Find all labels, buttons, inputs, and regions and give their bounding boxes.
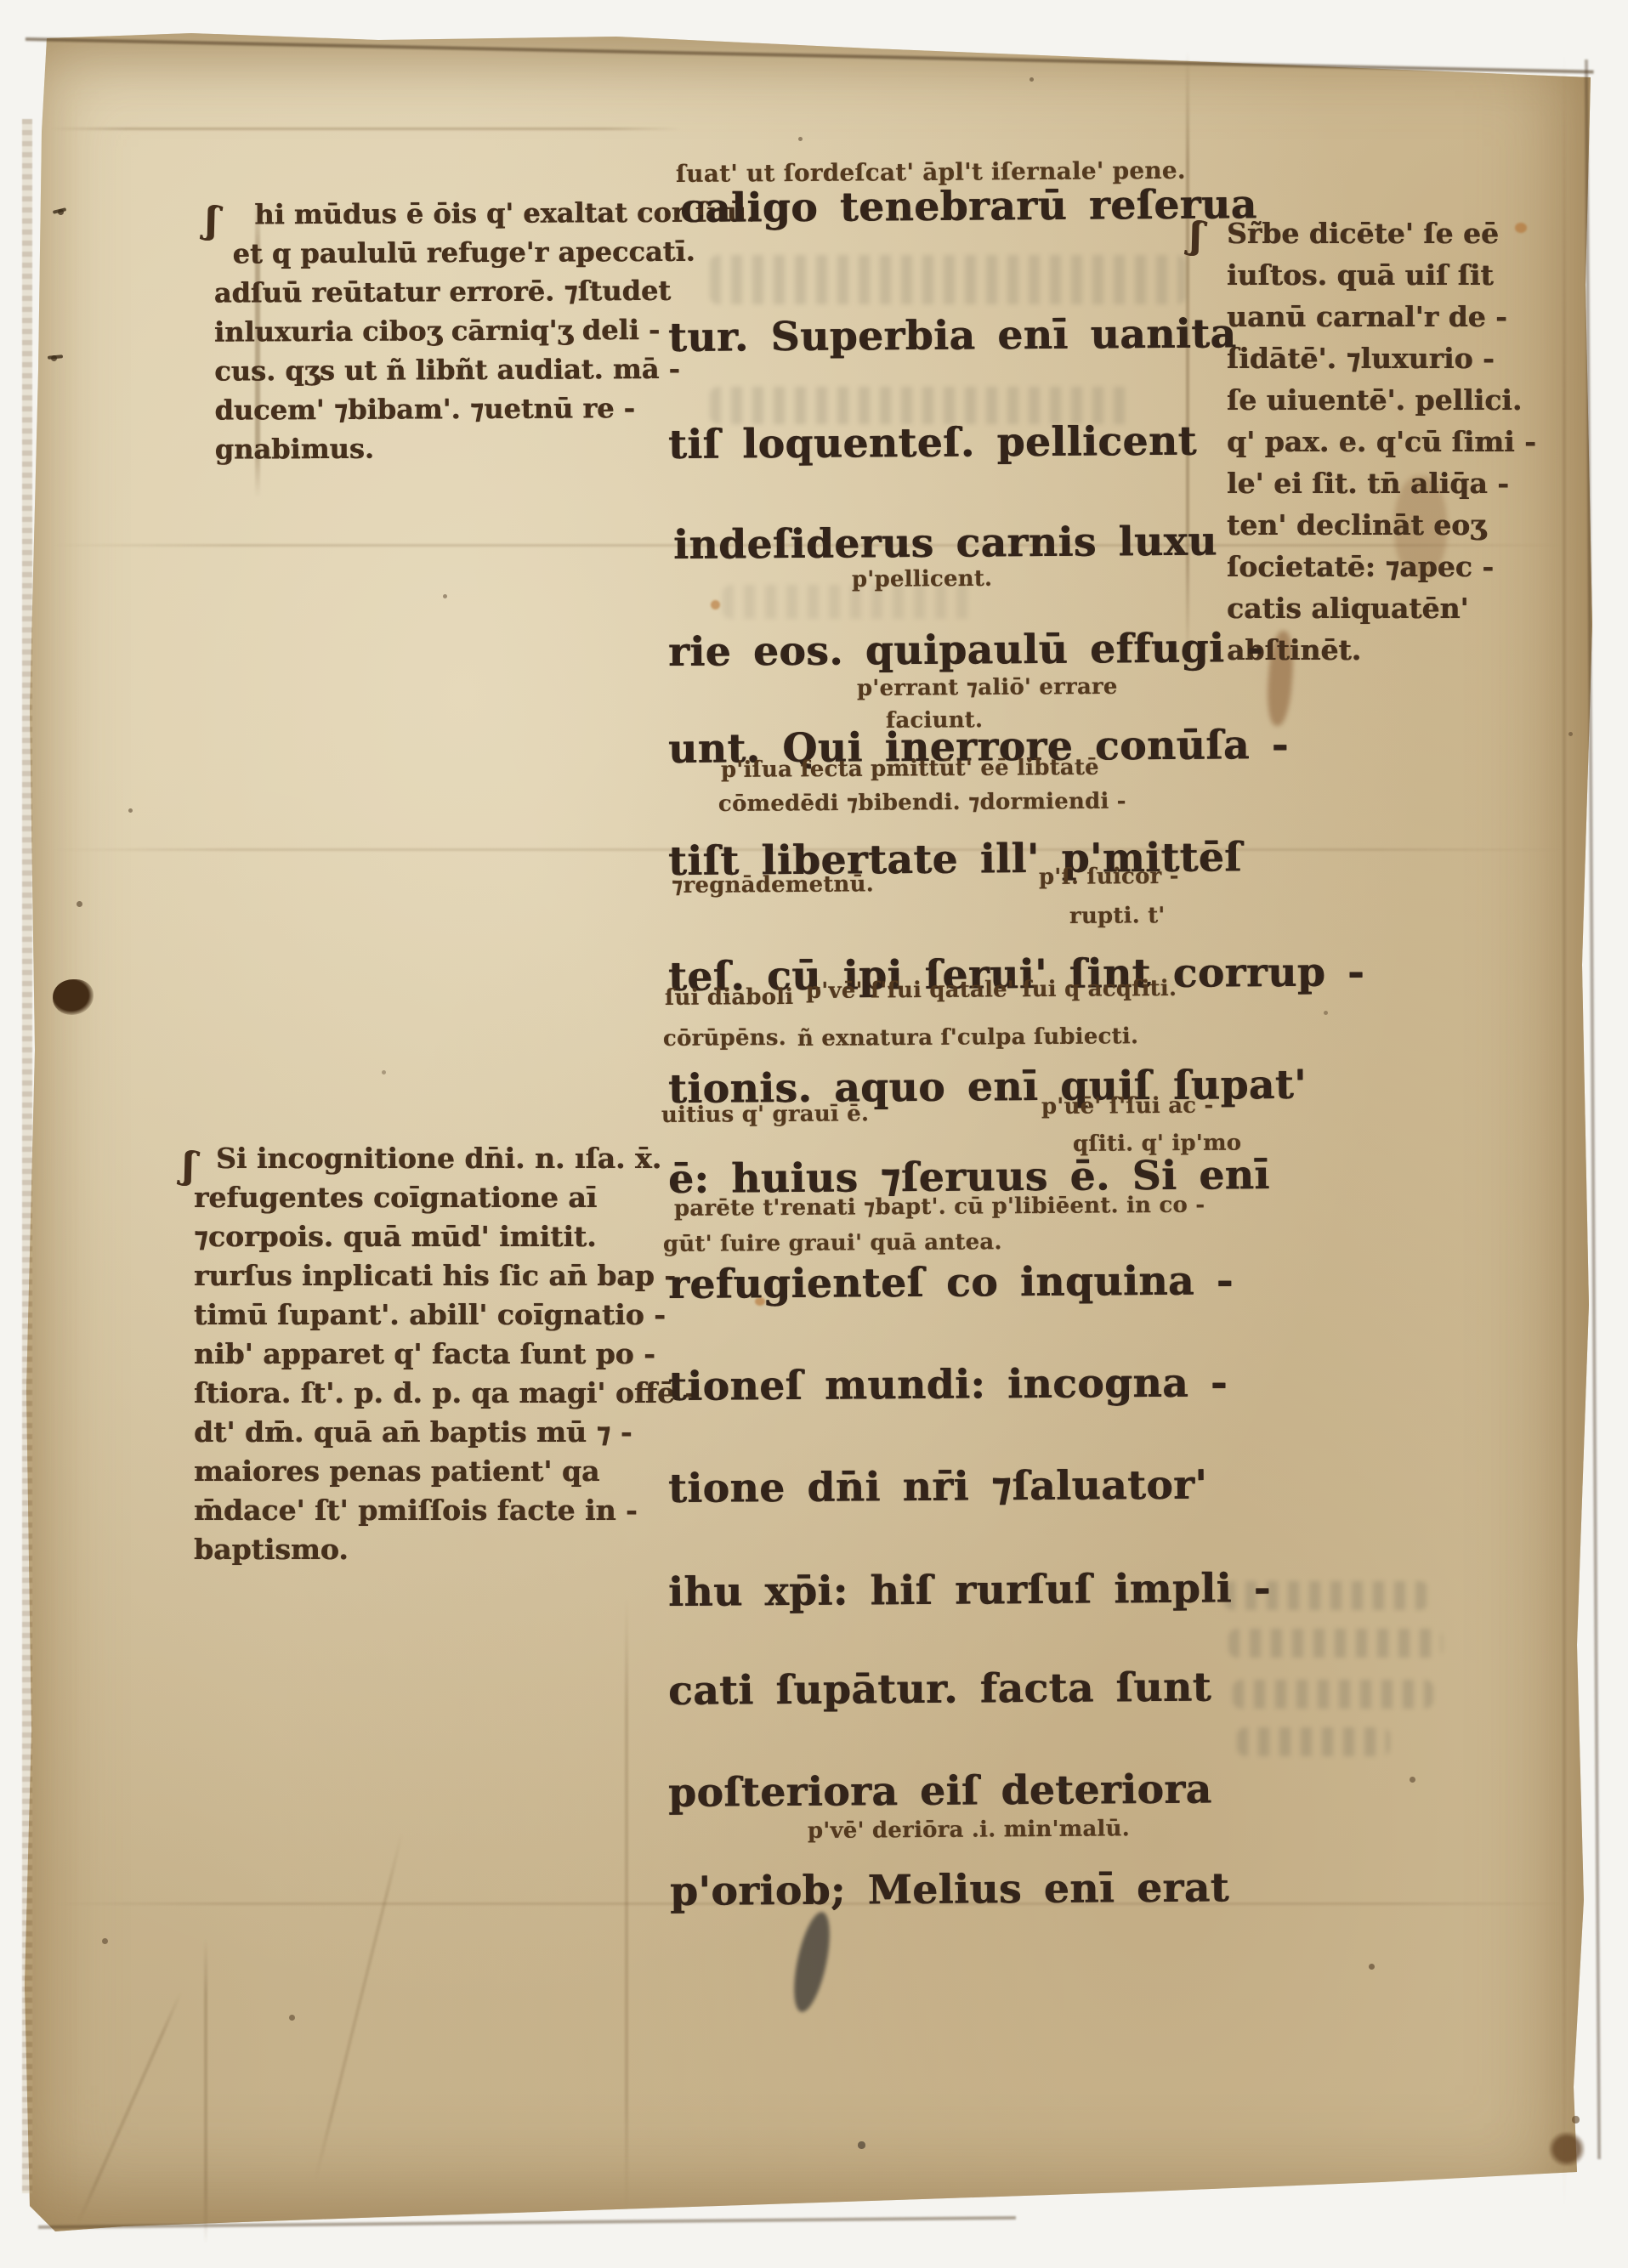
interlinear-gloss: faciunt. bbox=[886, 708, 983, 733]
interlinear-gloss: cōmedēdi ⁊bibendi. ⁊dormiendi - bbox=[718, 790, 1126, 817]
main-text-line: tur. Superbia enī uanita bbox=[668, 312, 1237, 360]
gloss-line: q' pax. e. q'cū ſimi - bbox=[1227, 421, 1536, 462]
main-text-line: refugienteſ co inquina - bbox=[668, 1259, 1234, 1307]
gloss-line: ten' declināt eoʒ bbox=[1227, 504, 1536, 546]
gloss-line: le' ei ſit. tn̄ aliq̄a - bbox=[1227, 462, 1536, 504]
gloss-line: ſtiora. ſt'. p. d. p. qa magi' offē - bbox=[194, 1374, 696, 1413]
rust-speck bbox=[711, 600, 720, 610]
gloss-line: uanū carnal'r de - bbox=[1227, 296, 1536, 337]
main-text-line: ihu xp̄i: hiſ rurſuſ impli - bbox=[668, 1567, 1271, 1615]
right-margin-gloss: Sr̃be dicēte' ſe eē iuſtos. quā uiſ ſit … bbox=[1227, 213, 1536, 671]
gloss-line: ſe uiuentē'. pellici. bbox=[1227, 379, 1536, 421]
gloss-line: hi mūdus ē ōis q' exaltat cor ſuū. bbox=[213, 192, 756, 234]
gloss-line: nib' apparet q' facta ſunt po - bbox=[194, 1335, 696, 1374]
interlinear-gloss: ſui diaboli bbox=[665, 985, 794, 1011]
interlinear-gloss: p'uē' ſ'ſui ac - bbox=[1041, 1094, 1214, 1120]
gloss-line: m̄dace' ſt' pmiſſois facte in - bbox=[194, 1491, 696, 1530]
gloss-line: refugentes coı̄gnatione aī bbox=[194, 1178, 696, 1217]
interlinear-gloss: p'errant ⁊aliō' errare bbox=[857, 675, 1118, 701]
gloss-line: iuſtos. quā uiſ ſit bbox=[1227, 254, 1536, 296]
main-text-line: tioneſ mundi: incogna - bbox=[668, 1361, 1228, 1409]
gloss-line: ſocietatē: ⁊apec - bbox=[1227, 546, 1536, 587]
interlinear-gloss: p'iſua ſecta pmittūt' eē libtatē bbox=[721, 756, 1099, 783]
main-text-line: caligo tenebrarū reſerua bbox=[680, 183, 1257, 230]
gloss-line: timū ſupant'. abill' coı̄gnatio - bbox=[194, 1296, 696, 1335]
main-text-line: cati ſupātur. facta ſunt bbox=[668, 1666, 1211, 1714]
paper-specks bbox=[0, 0, 3, 3]
main-text-line: p'oriob; Melius enī erat bbox=[670, 1866, 1229, 1914]
interlinear-gloss: qſiti. q' ip'mo bbox=[1073, 1131, 1241, 1157]
interlinear-gloss: ſuat' ut ſordeſcat' āpl't iſernale' pene… bbox=[676, 158, 1186, 188]
interlinear-gloss: rupti. t' bbox=[1069, 904, 1166, 928]
gloss-line: Si incognitione dn̄i. n. ıſa. x̄. bbox=[194, 1139, 696, 1178]
interlinear-gloss: p'vē' deriōra .i. min'malū. bbox=[808, 1817, 1130, 1843]
edge-blotch-stain bbox=[1549, 2132, 1585, 2166]
interlinear-gloss: ñ exnatura ſ'culpa ſubiecti. bbox=[797, 1024, 1138, 1051]
gloss-line: adſuū reūtatur errorē. ⁊ſtudet bbox=[214, 270, 757, 312]
interlinear-gloss: uitius q' grauī ē. bbox=[661, 1102, 869, 1127]
gloss-line: abſtinēt. bbox=[1227, 629, 1536, 671]
main-text-line: tione dn̄i nr̄i ⁊ſaluator' bbox=[668, 1464, 1208, 1511]
interlinear-gloss: cōrūpēns. bbox=[663, 1026, 786, 1052]
left-margin-gloss-middle: Si incognitione dn̄i. n. ıſa. x̄. refuge… bbox=[194, 1139, 696, 1569]
gloss-line: ⁊corpois. quā mūd' imitit. bbox=[194, 1217, 696, 1256]
gloss-line: catis aliquatēn' bbox=[1227, 587, 1536, 629]
gloss-line: dt' dm̄. quā an̄ baptis mū ⁊ - bbox=[194, 1413, 696, 1452]
interlinear-gloss: p'pellicent. bbox=[852, 567, 992, 593]
gloss-line: baptismo. bbox=[194, 1530, 696, 1569]
main-text-line: poſteriora eiſ deteriora bbox=[668, 1768, 1212, 1816]
gloss-line: rurſus inplicati his ſic an̄ bap - bbox=[194, 1256, 696, 1296]
interlinear-gloss: gūt' ſuire graui' quā antea. bbox=[663, 1230, 1002, 1256]
gloss-line: Sr̃be dicēte' ſe eē bbox=[1227, 213, 1536, 254]
interlinear-gloss: p'ſ. ſuicor - bbox=[1039, 865, 1179, 890]
gloss-line: et q paululū refuge'r apeccatī. bbox=[213, 231, 756, 273]
gloss-line: maiores penas patient' qa bbox=[194, 1452, 696, 1491]
gloss-line: ſidātē'. ⁊luxurio - bbox=[1227, 337, 1536, 379]
interlinear-gloss: parēte t'renati ⁊bapt'. cū p'libiēent. i… bbox=[674, 1194, 1205, 1222]
manuscript-scan: ʃ hi mūdus ē ōis q' exaltat cor ſuū. et … bbox=[0, 0, 1628, 2268]
main-text-line: rie eos. quipaulū effugi - bbox=[668, 627, 1264, 675]
interlinear-gloss: p'vē' ſ'ſui qatale' ſui q acqſiti. bbox=[806, 977, 1177, 1004]
interlinear-gloss: ⁊regnādemetnū. bbox=[672, 872, 874, 898]
main-text-line: indeſiderus carnis luxu bbox=[673, 520, 1217, 568]
main-text-line: tiſ loquenteſ. pellicent bbox=[668, 420, 1197, 468]
